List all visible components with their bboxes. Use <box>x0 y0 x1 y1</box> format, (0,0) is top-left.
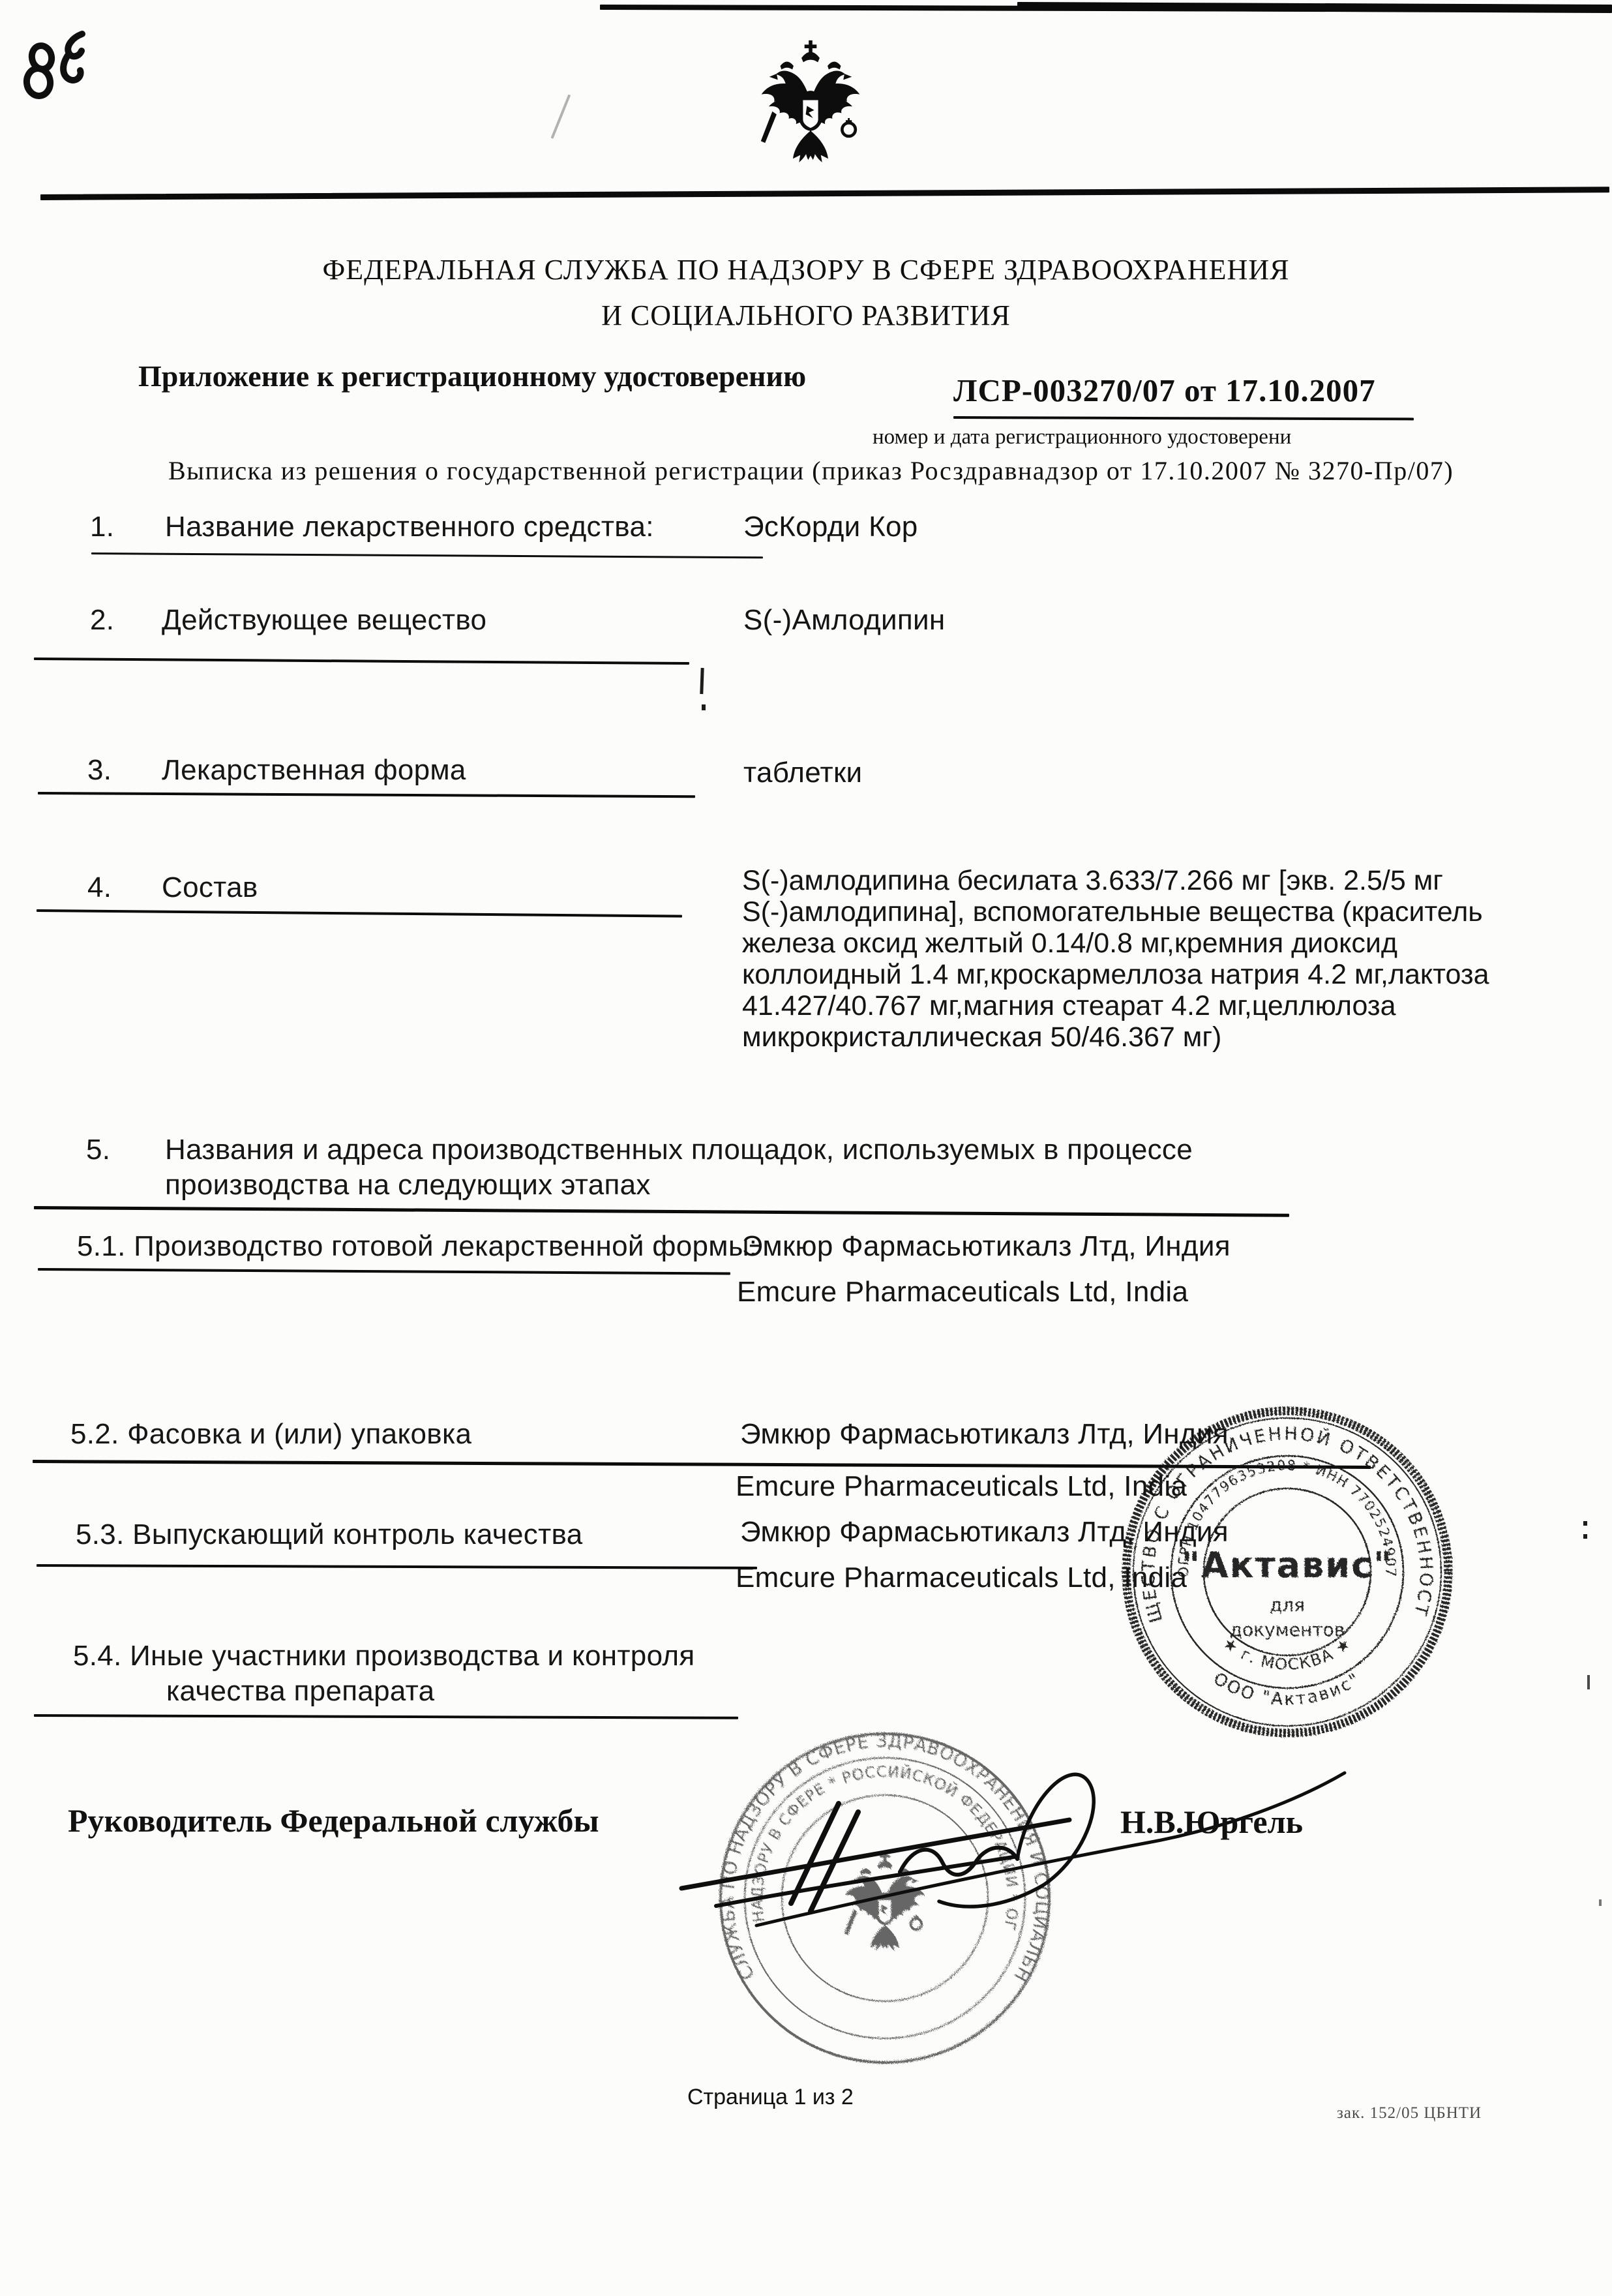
scanned-document-page: ФЕДЕРАЛЬНАЯ СЛУЖБА ПО НАДЗОРУ В СФЕРЕ ЗД… <box>0 0 1612 2296</box>
item5-label-line1: Названия и адреса производственных площа… <box>165 1134 1193 1166</box>
scan-mark-colon <box>1583 1534 1587 1539</box>
composition-line: S(-)амлодипина бесилата 3.633/7.266 мг [… <box>742 865 1489 896</box>
subitem51-label: 5.1. Производство готовой лекарственной … <box>77 1230 757 1263</box>
registration-number-underline <box>953 416 1414 420</box>
stamp-ring-org-text: ОБЩЕСТВО С ОГРАНИЧЕННОЙ ОТВЕТСТВЕННОСТЬЮ <box>1116 1401 1436 1625</box>
agency-name-line1: ФЕДЕРАЛЬНАЯ СЛУЖБА ПО НАДЗОРУ В СФЕРЕ ЗД… <box>0 253 1612 286</box>
page-number-label: Страница 1 из 2 <box>687 2085 854 2110</box>
registration-number-caption: номер и дата регистрационного удостовере… <box>873 425 1291 449</box>
underline-item4 <box>37 909 682 918</box>
subitem54-label-line1: 5.4. Иные участники производства и контр… <box>73 1640 695 1672</box>
composition-line: S(-)амлодипина], вспомогательные веществ… <box>742 896 1489 928</box>
header-rule <box>40 187 1609 200</box>
agency-name-line2: И СОЦИАЛЬНОГО РАЗВИТИЯ <box>0 299 1612 332</box>
scan-mark-exclamation <box>700 668 704 694</box>
composition-line: железа оксид желтый 0.14/0.8 мг,кремния … <box>742 928 1489 959</box>
print-order-code: зак. 152/05 ЦБНТИ <box>1337 2104 1482 2122</box>
item3-value-dosage-form: таблетки <box>743 757 862 789</box>
scan-edge-line-thick <box>1017 2 1612 13</box>
composition-line: микрокристаллическая 50/46.367 мг) <box>742 1021 1489 1053</box>
doc-title: Приложение к регистрационному удостовере… <box>138 359 806 393</box>
underline-subitem51 <box>38 1268 730 1275</box>
item5-number: 5. <box>86 1134 110 1166</box>
registration-number: ЛСР-003270/07 от 17.10.2007 <box>953 372 1376 409</box>
stamp-center-sub1: для <box>1270 1594 1305 1616</box>
stamp-center-name: "Актавис" <box>1182 1545 1393 1586</box>
scan-mark-dot <box>702 704 706 710</box>
company-stamp-aktavis: ОБЩЕСТВО С ОГРАНИЧЕННОЙ ОТВЕТСТВЕННОСТЬЮ… <box>1116 1401 1459 1744</box>
item5-label-line2: производства на следующих этапах <box>165 1169 651 1201</box>
item3-label: Лекарственная форма <box>162 754 466 787</box>
composition-line: 41.427/40.767 мг,магния стеарат 4.2 мг,ц… <box>742 990 1489 1021</box>
scan-scratch <box>551 95 571 139</box>
stamp-center-sub2: документов <box>1230 1619 1345 1640</box>
state-emblem-eagle-icon <box>750 38 871 172</box>
signatory-title: Руководитель Федеральной службы <box>68 1802 599 1839</box>
scan-mark-colon <box>1583 1521 1587 1526</box>
svg-text:ОБЩЕСТВО С ОГРАНИЧЕННОЙ ОТВЕТС: ОБЩЕСТВО С ОГРАНИЧЕННОЙ ОТВЕТСТВЕННОСТЬЮ <box>1116 1401 1436 1625</box>
item1-number: 1. <box>90 511 114 543</box>
underline-item3 <box>38 792 695 798</box>
item4-value-composition: S(-)амлодипина бесилата 3.633/7.266 мг [… <box>742 865 1489 1053</box>
underline-item2 <box>34 657 689 665</box>
item2-number: 2. <box>90 604 114 637</box>
subitem53-label: 5.3. Выпускающий контроль качества <box>76 1518 582 1551</box>
subitem52-label: 5.2. Фасовка и (или) упаковка <box>70 1418 471 1451</box>
underline-item5 <box>34 1206 1289 1217</box>
item4-label: Состав <box>162 871 258 904</box>
item4-number: 4. <box>87 871 112 904</box>
composition-line: коллоидный 1.4 мг,кроскармеллоза натрия … <box>742 959 1489 990</box>
scan-mark-tick <box>1599 1899 1602 1906</box>
handwritten-mark <box>14 12 106 116</box>
underline-item1 <box>91 552 763 558</box>
subitem51-value-ru: Эмкюр Фармасьютикалз Лтд, Индия <box>742 1230 1231 1263</box>
item1-label: Название лекарственного средства: <box>165 511 654 543</box>
signatory-name: Н.В.Юргель <box>1120 1803 1303 1841</box>
underline-subitem53 <box>37 1564 757 1569</box>
item1-value-drug-name: ЭсКорди Кор <box>743 511 918 543</box>
underline-subitem54 <box>34 1714 738 1719</box>
subitem51-value-en: Emcure Pharmaceuticals Ltd, India <box>737 1276 1188 1308</box>
item2-value-active-substance: S(-)Амлодипин <box>743 604 945 637</box>
scan-mark-tick <box>1587 1675 1590 1689</box>
item3-number: 3. <box>87 754 112 787</box>
subitem54-label-line2: качества препарата <box>166 1675 434 1708</box>
item2-label: Действующее вещество <box>162 604 486 637</box>
extract-line: Выписка из решения о государственной рег… <box>168 455 1454 486</box>
